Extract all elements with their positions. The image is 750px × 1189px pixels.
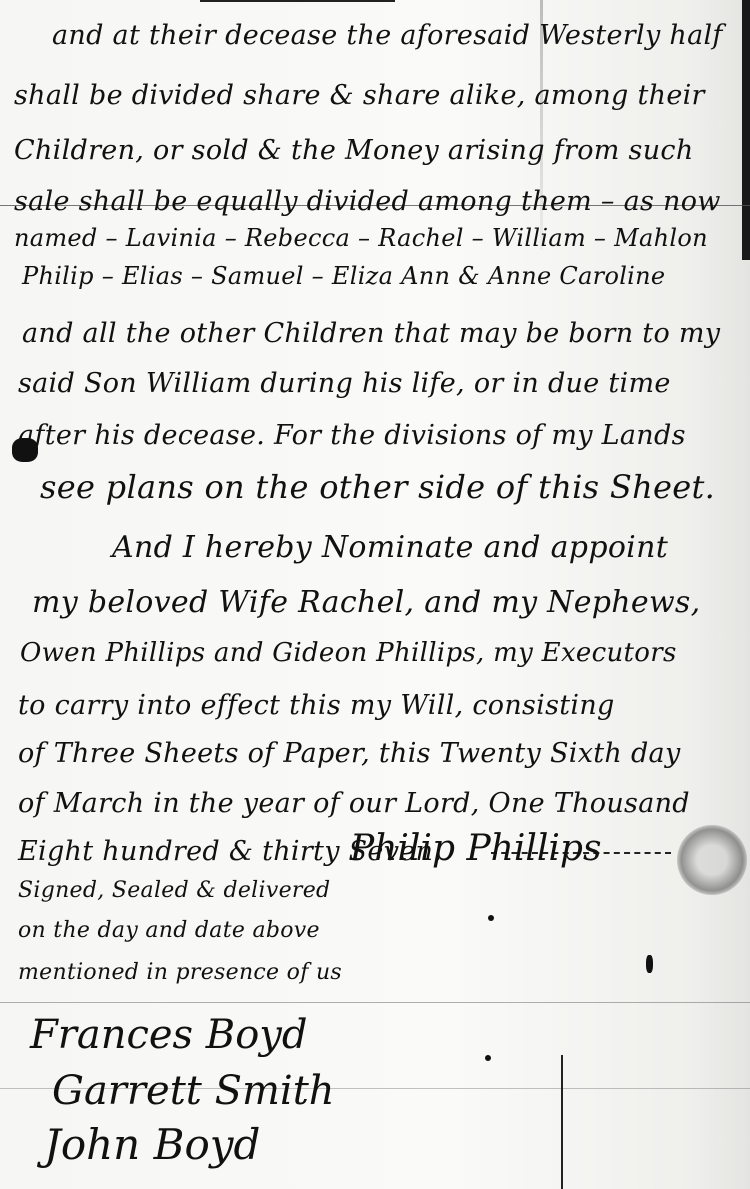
- body-line-text: after his decease. For the divisions of …: [18, 420, 686, 451]
- body-line-text: of Three Sheets of Paper, this Twenty Si…: [18, 738, 681, 769]
- body-line-text: said Son William during his life, or in …: [18, 368, 671, 399]
- body-line-text: and at their decease the aforesaid Weste…: [52, 20, 723, 51]
- body-line-text: to carry into effect this my Will, consi…: [18, 690, 615, 721]
- ink-mark: [646, 955, 653, 973]
- ink-spot: [488, 915, 494, 921]
- fold-line: [0, 1002, 750, 1003]
- body-line-text: Owen Phillips and Gideon Phillips, my Ex…: [20, 638, 677, 668]
- body-line-names: named – Lavinia – Rebecca – Rachel – Wil…: [14, 224, 750, 252]
- body-line-text: and all the other Children that may be b…: [22, 318, 720, 349]
- body-line-text: see plans on the other side of this Shee…: [40, 468, 715, 506]
- body-line-text: Children, or sold & the Money arising fr…: [14, 135, 694, 166]
- body-line-text: named – Lavinia – Rebecca – Rachel – Wil…: [14, 224, 708, 252]
- attestation-text: on the day and date above: [18, 918, 320, 943]
- body-line-text: shall be divided share & share alike, am…: [14, 80, 705, 111]
- body-line: shall be divided share & share alike, am…: [14, 80, 750, 111]
- attestation-text: Signed, Sealed & delivered: [18, 878, 330, 903]
- witness-signature: John Boyd: [44, 1120, 260, 1169]
- body-line: after his decease. For the divisions of …: [18, 420, 750, 451]
- vertical-ink-line: [561, 1055, 563, 1189]
- body-line-text: my beloved Wife Rachel, and my Nephews,: [32, 585, 700, 620]
- body-line-text: Philip – Elias – Samuel – Eliza Ann & An…: [22, 262, 665, 290]
- body-line: of March in the year of our Lord, One Th…: [18, 788, 750, 819]
- attestation-line: on the day and date above: [18, 918, 750, 943]
- body-line-text: sale shall be equally divided among them…: [14, 186, 721, 217]
- attestation-line: Signed, Sealed & delivered: [18, 878, 750, 903]
- witness-signature: Frances Boyd: [30, 1012, 307, 1058]
- body-line: and at their decease the aforesaid Weste…: [52, 20, 750, 51]
- body-line-text: of March in the year of our Lord, One Th…: [18, 788, 690, 819]
- body-line: to carry into effect this my Will, consi…: [18, 690, 750, 721]
- document-page: and at their decease the aforesaid Weste…: [0, 0, 750, 1189]
- body-line: of Three Sheets of Paper, this Twenty Si…: [18, 738, 750, 769]
- body-line-text: And I hereby Nominate and appoint: [112, 530, 668, 565]
- testator-signature: Philip Phillips: [350, 828, 601, 869]
- body-line-names: Philip – Elias – Samuel – Eliza Ann & An…: [22, 262, 750, 290]
- body-line: said Son William during his life, or in …: [18, 368, 750, 399]
- ink-spot: [485, 1055, 491, 1061]
- ink-blot: [12, 438, 38, 462]
- body-line: my beloved Wife Rachel, and my Nephews,: [32, 585, 750, 620]
- body-line-plans: see plans on the other side of this Shee…: [40, 468, 750, 506]
- attestation-text: mentioned in presence of us: [18, 960, 342, 985]
- body-line: Owen Phillips and Gideon Phillips, my Ex…: [20, 638, 750, 668]
- attestation-line: mentioned in presence of us: [18, 960, 750, 985]
- body-line: And I hereby Nominate and appoint: [112, 530, 750, 565]
- witness-signature: Garrett Smith: [52, 1068, 335, 1114]
- body-line: Children, or sold & the Money arising fr…: [14, 135, 750, 166]
- body-line: and all the other Children that may be b…: [22, 318, 750, 349]
- top-rule: [200, 0, 395, 2]
- body-line: sale shall be equally divided among them…: [14, 186, 750, 217]
